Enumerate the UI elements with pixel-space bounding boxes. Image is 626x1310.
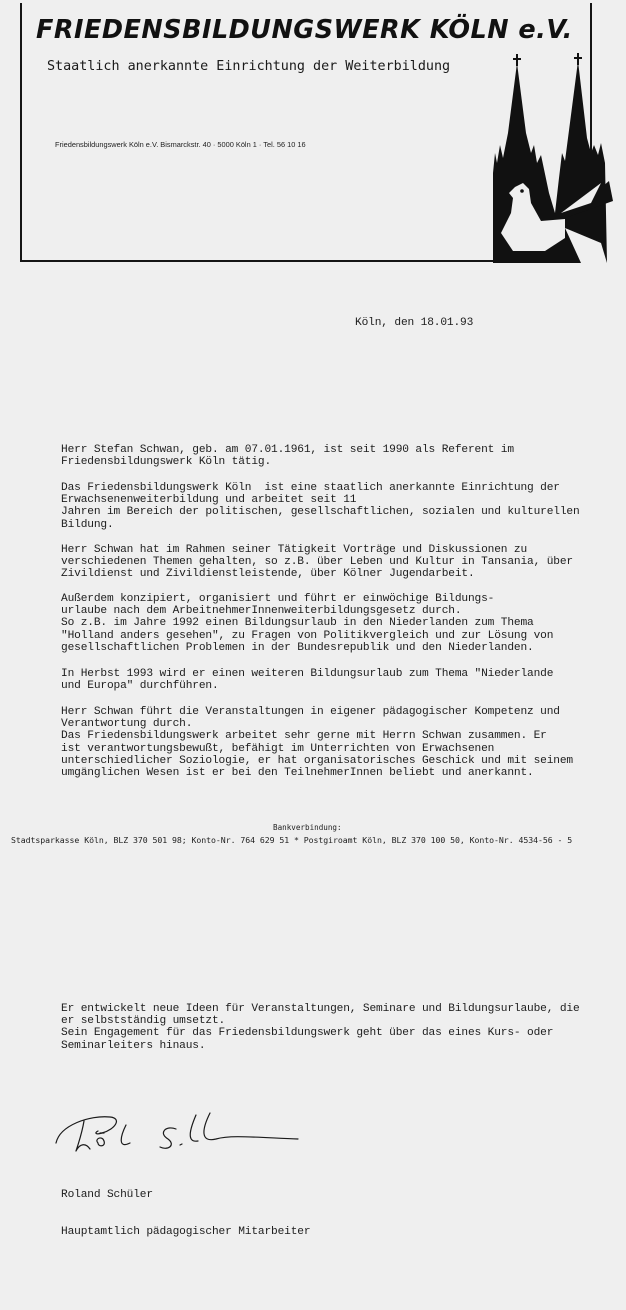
paragraph-autumn-1993: In Herbst 1993 wird er einen weiteren Bi… bbox=[61, 668, 553, 692]
paragraph-evaluation: Herr Schwan führt die Veranstaltungen in… bbox=[61, 706, 573, 779]
sender-address: Friedensbildungswerk Köln e.V. Bismarcks… bbox=[55, 140, 306, 149]
bank-details-label: Bankverbindung: bbox=[273, 823, 342, 832]
letterhead: FRIEDENSBILDUNGSWERK KÖLN e.V. Staatlich… bbox=[20, 3, 592, 262]
signer-block: Roland Schüler Hauptamtlich pädagogische… bbox=[61, 1165, 310, 1250]
cathedral-dove-logo-icon bbox=[481, 53, 613, 263]
paragraph-seminars: Außerdem konzipiert, organisiert und füh… bbox=[61, 593, 553, 654]
bank-details-line: Stadtsparkasse Köln, BLZ 370 501 98; Kon… bbox=[11, 835, 572, 845]
paragraph-activities: Herr Schwan hat im Rahmen seiner Tätigke… bbox=[61, 544, 573, 581]
paragraph-intro: Herr Stefan Schwan, geb. am 07.01.1961, … bbox=[61, 444, 514, 468]
letter-date: Köln, den 18.01.93 bbox=[355, 317, 473, 329]
paragraph-engagement: Er entwickelt neue Ideen für Veranstaltu… bbox=[61, 1003, 580, 1052]
organization-name: FRIEDENSBILDUNGSWERK KÖLN e.V. bbox=[36, 15, 573, 45]
signer-name: Roland Schüler bbox=[61, 1189, 310, 1201]
signer-title: Hauptamtlich pädagogischer Mitarbeiter bbox=[61, 1226, 310, 1238]
handwritten-signature-icon bbox=[50, 1103, 310, 1163]
organization-subtitle: Staatlich anerkannte Einrichtung der Wei… bbox=[47, 59, 450, 74]
paragraph-organization: Das Friedensbildungswerk Köln ist eine s… bbox=[61, 482, 580, 531]
